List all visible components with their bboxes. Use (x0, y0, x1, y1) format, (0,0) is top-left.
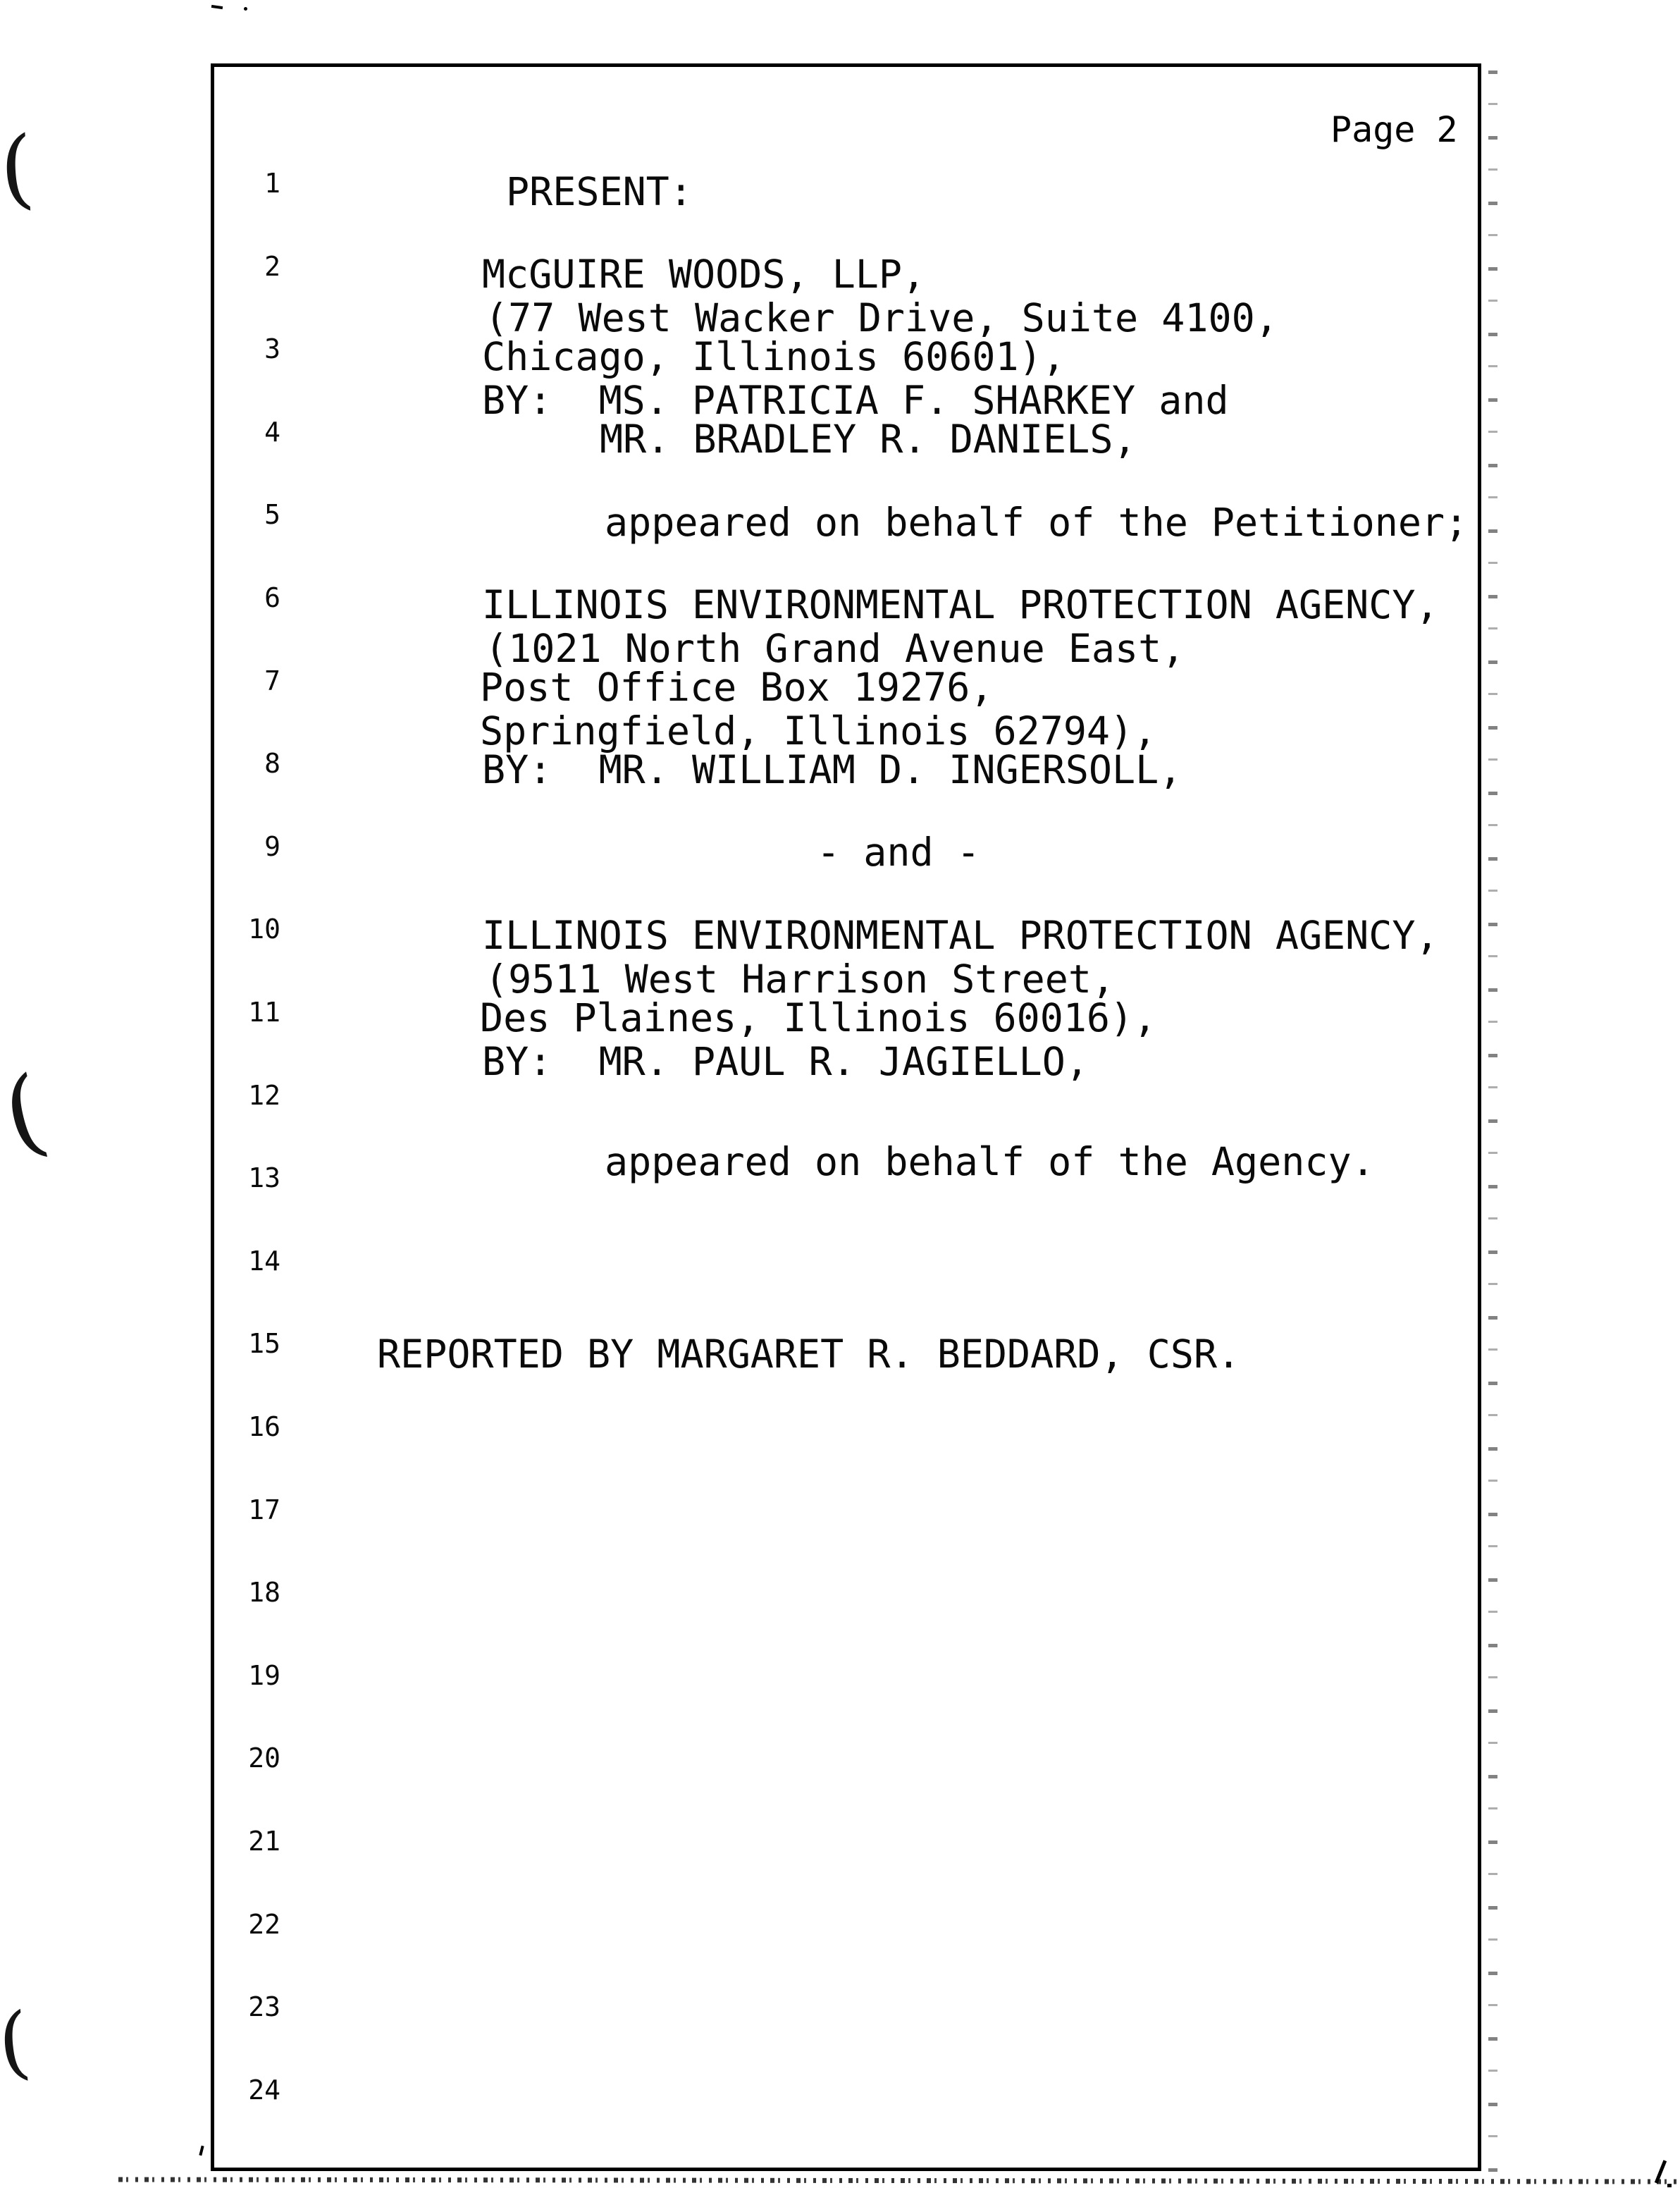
handwritten-paren-mark-bottom: ( (0, 2002, 33, 2084)
line-number-5: 5 (226, 501, 280, 528)
transcript-line-present-heading: PRESENT: (506, 173, 693, 211)
transcript-line-and-separator: - and - (817, 833, 980, 872)
page-number-label: Page 2 (1330, 112, 1458, 147)
scan-artifact-top-dot (244, 7, 247, 11)
scan-artifact-bottom-right-dot (1667, 2184, 1672, 2187)
line-number-17: 17 (226, 1496, 280, 1523)
transcript-line-reporter: REPORTED BY MARGARET R. BEDDARD, CSR. (377, 1335, 1240, 1374)
transcript-line-agency1-attorney: BY: MR. WILLIAM D. INGERSOLL, (482, 751, 1182, 789)
line-number-16: 16 (226, 1413, 280, 1440)
line-number-1: 1 (226, 170, 280, 197)
line-number-11: 11 (226, 999, 280, 1026)
line-number-8: 8 (226, 750, 280, 777)
transcript-line-firm-address-1: (77 West Wacker Drive, Suite 4100, (485, 299, 1278, 338)
scan-artifact-right-speckle-line (1488, 70, 1497, 2175)
transcript-line-petitioner-appearance: appeared on behalf of the Petitioner; (605, 503, 1468, 542)
line-number-6: 6 (226, 584, 280, 611)
handwritten-paren-mark-top: ( (0, 124, 37, 212)
line-number-10: 10 (226, 916, 280, 942)
line-number-15: 15 (226, 1330, 280, 1357)
transcript-line-firm-name: McGUIRE WOODS, LLP, (482, 255, 925, 294)
line-number-2: 2 (226, 253, 280, 280)
transcript-line-agency1-address-3: Springfield, Illinois 62794), (480, 712, 1156, 751)
transcript-line-agency2-attorney: BY: MR. PAUL R. JAGIELLO, (482, 1043, 1089, 1081)
line-number-18: 18 (226, 1579, 280, 1606)
transcript-line-agency2-address-1: (9511 West Harrison Street, (485, 960, 1115, 999)
line-number-12: 12 (226, 1082, 280, 1109)
line-number-24: 24 (226, 2077, 280, 2103)
line-number-23: 23 (226, 1993, 280, 2020)
line-number-21: 21 (226, 1828, 280, 1855)
transcript-line-agency2-name: ILLINOIS ENVIRONMENTAL PROTECTION AGENCY… (482, 916, 1439, 955)
line-number-19: 19 (226, 1662, 280, 1689)
line-number-3: 3 (226, 336, 280, 362)
transcript-line-agency-appearance: appeared on behalf of the Agency. (605, 1143, 1375, 1181)
line-number-4: 4 (226, 419, 280, 445)
line-number-20: 20 (226, 1745, 280, 1771)
transcript-line-agency1-address-1: (1021 North Grand Avenue East, (485, 629, 1185, 668)
line-number-13: 13 (226, 1164, 280, 1191)
transcript-line-firm-attorney-2: MR. BRADLEY R. DANIELS, (600, 420, 1137, 459)
scan-artifact-top-tick (211, 5, 223, 9)
line-number-22: 22 (226, 1911, 280, 1938)
transcript-line-agency2-address-2: Des Plaines, Illinois 60016), (480, 999, 1156, 1038)
line-number-9: 9 (226, 833, 280, 860)
scanned-transcript-page: { "colors": { "ink": "#0a0a0a", "paper":… (0, 0, 1680, 2188)
line-number-7: 7 (226, 668, 280, 694)
transcript-line-agency1-address-2: Post Office Box 19276, (480, 668, 993, 707)
scan-artifact-bottom-left-tick (199, 2146, 204, 2156)
scan-artifact-bottom-speckle-line (118, 2177, 1680, 2184)
transcript-line-agency1-name: ILLINOIS ENVIRONMENTAL PROTECTION AGENCY… (482, 586, 1439, 625)
handwritten-paren-mark-middle: ( (0, 1063, 54, 1165)
line-number-14: 14 (226, 1248, 280, 1274)
transcript-line-firm-address-2: Chicago, Illinois 60601), (482, 338, 1066, 376)
transcript-line-firm-attorney-1: BY: MS. PATRICIA F. SHARKEY and (482, 381, 1229, 420)
